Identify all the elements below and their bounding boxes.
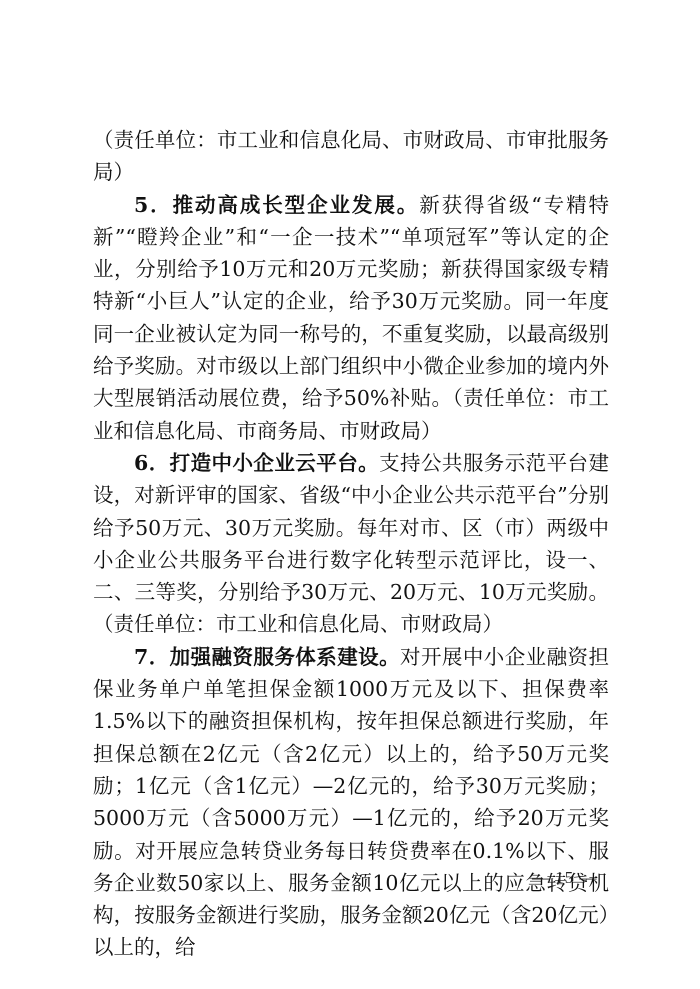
item-5-paragraph: 5．推动高成长型企业发展。新获得省级“专精特新”“瞪羚企业”和“一企一技术”“单… xyxy=(93,189,609,447)
item-5-heading: 5．推动高成长型企业发展。 xyxy=(134,193,419,217)
item-6-text: 支持公共服务示范平台建设，对新评审的国家、省级“中小企业公共示范平台”分别给予5… xyxy=(93,451,609,636)
item-5-text: 新获得省级“专精特新”“瞪羚企业”和“一企一技术”“单项冠军”等认定的企业，分别… xyxy=(93,193,609,443)
page-number: — 15 — xyxy=(532,868,598,888)
responsibility-line: （责任单位：市工业和信息化局、市财政局、市审批服务局） xyxy=(93,124,609,189)
item-7-paragraph: 7．加强融资服务体系建设。对开展中小企业融资担保业务单户单笔担保金额1000万元… xyxy=(93,641,609,964)
item-7-heading: 7．加强融资服务体系建设。 xyxy=(134,645,400,669)
paragraph-text: （责任单位：市工业和信息化局、市财政局、市审批服务局） xyxy=(93,128,609,184)
document-body: （责任单位：市工业和信息化局、市财政局、市审批服务局） 5．推动高成长型企业发展… xyxy=(93,124,609,964)
item-7-text: 对开展中小企业融资担保业务单户单笔担保金额1000万元及以下、担保费率1.5%以… xyxy=(93,645,609,960)
item-6-heading: 6．打造中小企业云平台。 xyxy=(134,451,379,475)
document-page: （责任单位：市工业和信息化局、市财政局、市审批服务局） 5．推动高成长型企业发展… xyxy=(0,0,700,989)
item-6-paragraph: 6．打造中小企业云平台。支持公共服务示范平台建设，对新评审的国家、省级“中小企业… xyxy=(93,447,609,641)
